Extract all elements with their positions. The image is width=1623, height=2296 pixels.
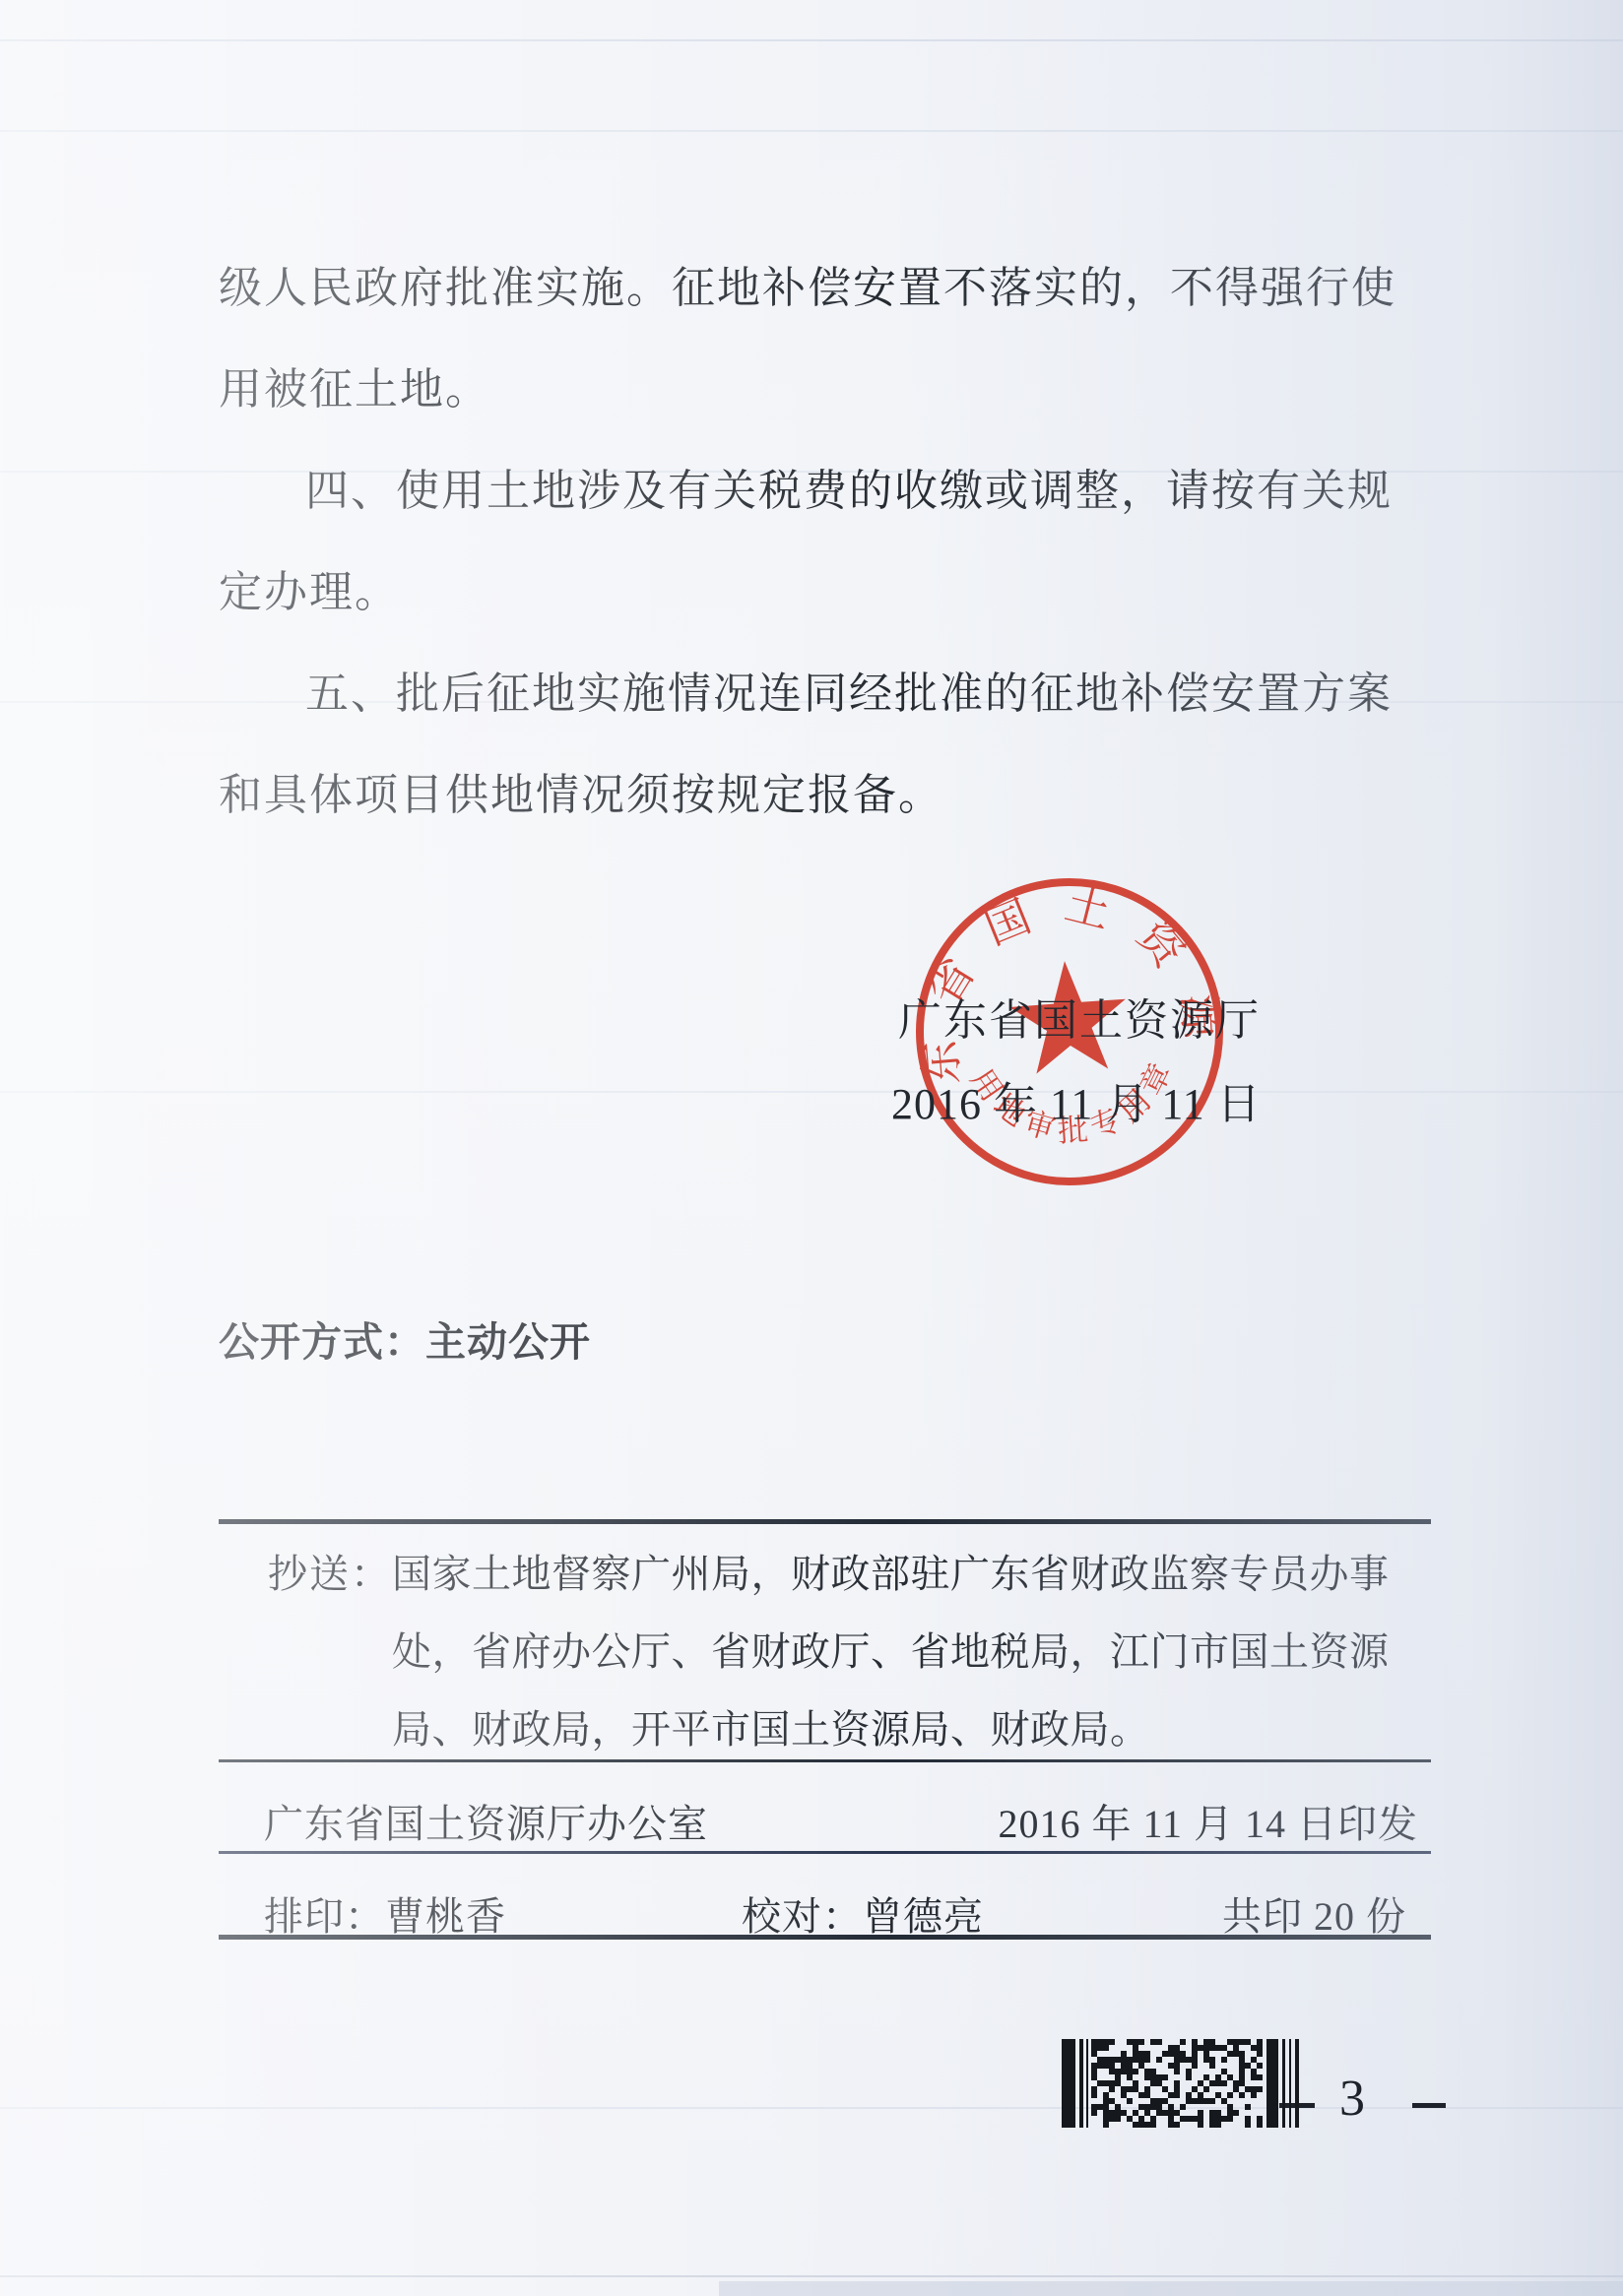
issuing-office-row: 广东省国土资源厅办公室 2016 年 11 月 14 日印发 — [219, 1793, 1431, 1849]
body-paragraphs: 级人民政府批准实施。征地补偿安置不落实的，不得强行使 用被征土地。 四、使用土地… — [219, 264, 1450, 872]
footer-rule-mid1 — [219, 1759, 1431, 1762]
cc-lines: 国家土地督察广州局，财政部驻广东省财政监察专员办事 处，省府办公厅、省财政厅、省… — [392, 1552, 1390, 1785]
footer-rule-top — [219, 1519, 1431, 1524]
proofreader: 校对：曾德亮 — [742, 1885, 984, 1942]
scan-streak — [0, 130, 1623, 132]
page-number: 3 — [1339, 2070, 1365, 2128]
cc-label: 抄送： — [268, 1552, 392, 1785]
body-line: 级人民政府批准实施。征地补偿安置不落实的，不得强行使 — [219, 264, 1450, 313]
body-line: 四、使用土地涉及有关税费的收缴或调整，请按有关规 — [219, 467, 1450, 516]
footer-rule-mid2 — [219, 1851, 1431, 1854]
issuing-office: 广东省国土资源厅办公室 — [264, 1793, 708, 1849]
disclosure-label: 公开方式： — [219, 1319, 425, 1365]
signature-date: 2016 年 11 月 11 日 — [891, 1068, 1262, 1131]
barcode — [1062, 2039, 1314, 2128]
cc-line: 局、财政局，开平市国土资源局、财政局。 — [392, 1707, 1390, 1753]
body-line: 五、批后征地实施情况连同经批准的征地补偿安置方案 — [219, 670, 1450, 719]
cc-block: 抄送： 国家土地督察广州局，财政部驻广东省财政监察专员办事 处，省府办公厅、省财… — [268, 1552, 1390, 1785]
disclosure-value: 主动公开 — [425, 1319, 591, 1365]
disclosure-line: 公开方式：主动公开 — [219, 1309, 591, 1368]
scan-streak — [0, 1091, 1623, 1093]
scan-streak — [0, 2107, 1623, 2109]
typesetter: 排印：曹桃香 — [264, 1885, 506, 1942]
body-line: 用被征土地。 — [219, 365, 1450, 415]
copies-count: 共印 20 份 — [1222, 1885, 1406, 1942]
signature-agency: 广东省国土资源厅 — [898, 985, 1261, 1048]
footer-rule-bottom — [219, 1935, 1431, 1940]
print-date: 2016 年 11 月 14 日印发 — [998, 1793, 1418, 1849]
scan-streak — [0, 39, 1623, 41]
cc-line: 国家土地督察广州局，财政部驻广东省财政监察专员办事 — [392, 1552, 1390, 1597]
scan-edge-line — [0, 2275, 1623, 2277]
scan-edge-band — [719, 2281, 1623, 2296]
document-page: 级人民政府批准实施。征地补偿安置不落实的，不得强行使 用被征土地。 四、使用土地… — [0, 0, 1623, 2296]
body-line: 和具体项目供地情况须按规定报备。 — [219, 771, 1450, 820]
cc-line: 处，省府办公厅、省财政厅、省地税局，江门市国土资源 — [392, 1629, 1390, 1675]
body-line: 定办理。 — [219, 568, 1450, 617]
page-number-dash — [1412, 2103, 1446, 2108]
print-info-row: 排印：曹桃香 校对：曾德亮 共印 20 份 — [219, 1885, 1431, 1942]
footer-block: 抄送： 国家土地督察广州局，财政部驻广东省财政监察专员办事 处，省府办公厅、省财… — [219, 1519, 1431, 1943]
